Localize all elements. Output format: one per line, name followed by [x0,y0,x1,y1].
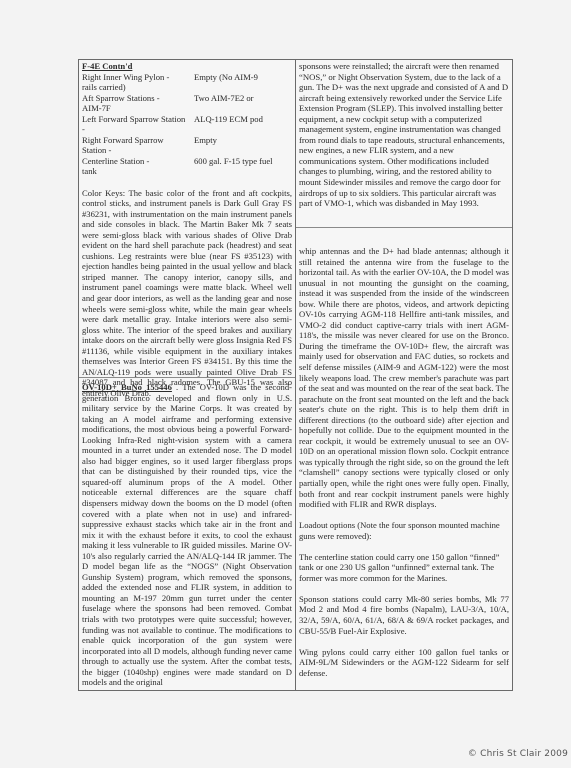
spec-label: Centerline Station - [82,156,190,167]
ov10d-continuation: sponsons were reinstalled; the aircraft … [296,61,512,209]
ov10d-section: OV-10D+ BuNo 155446 . The OV-10D was the… [79,382,295,688]
spec-value: Two AIM-7E2 or [190,93,292,104]
f4e-title: F-4E Contn'd [82,61,292,72]
spec-value: 600 gal. F-15 type fuel [190,156,292,167]
spec-value: Empty (No AIM-9 [190,72,292,83]
spec-wrap: AIM-7F [82,103,292,114]
spec-wrap: tank [82,166,292,177]
spec-label: Aft Sparrow Stations - [82,93,190,104]
spec-value: ALQ-119 ECM pod [190,114,292,135]
spec-row: Right Inner Wing Pylon - Empty (No AIM-9 [82,72,292,83]
ov10d-details: whip antennas and the D+ had blade anten… [296,246,512,678]
centerline-paragraph: The centerline station could carry one 1… [299,552,509,584]
color-keys-paragraph: Color Keys: The basic color of the front… [82,188,292,399]
f4e-loadout-table: Right Inner Wing Pylon - Empty (No AIM-9… [82,72,292,177]
spec-row: Aft Sparrow Stations - Two AIM-7E2 or [82,93,292,104]
copyright-watermark: © Chris St Clair 2009 [468,749,568,759]
spec-row: Left Forward Sparrow Station - ALQ-119 E… [82,114,292,135]
ov10d-body: . The OV-10D was the second-generation B… [82,382,292,687]
spec-wrap: rails carried) [82,82,292,93]
sponson-paragraph: Sponson stations could carry Mk-80 serie… [299,594,509,636]
spec-row: Centerline Station - 600 gal. F-15 type … [82,156,292,167]
section-divider [296,227,512,228]
ov10d-title: OV-10D+ BuNo 155446 [82,382,172,392]
wing-paragraph: Wing pylons could carry either 100 gallo… [299,647,509,679]
section-divider [79,377,295,378]
continuation-paragraph: sponsons were reinstalled; the aircraft … [299,61,509,209]
f4e-section: F-4E Contn'd Right Inner Wing Pylon - Em… [79,61,295,398]
spec-row: Right Forward Sparrow Station - Empty [82,135,292,156]
right-column: sponsons were reinstalled; the aircraft … [296,60,512,690]
spec-value: Empty [190,135,292,156]
loadout-intro: Loadout options (Note the four sponson m… [299,520,509,541]
document-page: F-4E Contn'd Right Inner Wing Pylon - Em… [78,59,513,691]
antennas-paragraph: whip antennas and the D+ had blade anten… [299,246,509,510]
spec-label: Right Forward Sparrow Station - [82,135,190,156]
spec-label: Right Inner Wing Pylon - [82,72,190,83]
left-column: F-4E Contn'd Right Inner Wing Pylon - Em… [79,60,296,690]
spec-label: Left Forward Sparrow Station - [82,114,190,135]
